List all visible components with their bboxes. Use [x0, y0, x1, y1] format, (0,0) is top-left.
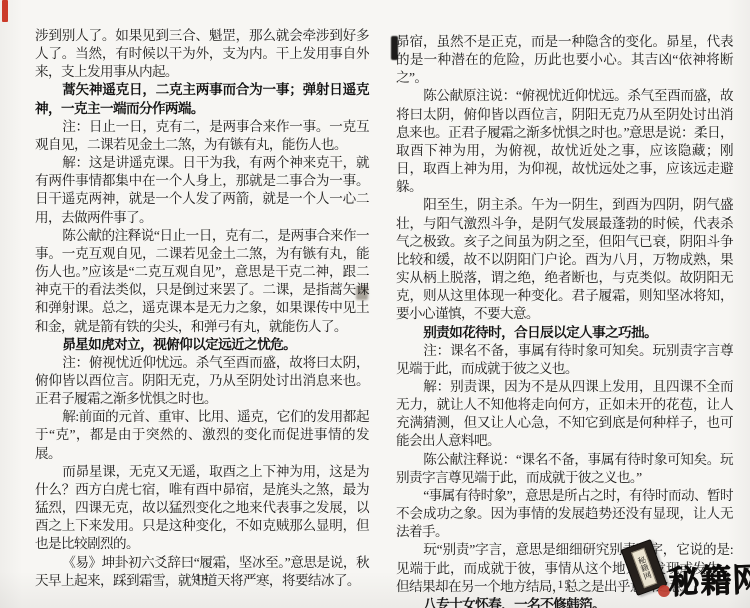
paragraph: 解：这是讲遥克课。日干为我，有两个神来克干，就有两件事情都集中在一个人身上，那就…: [35, 154, 369, 227]
page-14-number: 14: [35, 570, 369, 585]
watermark: 秘籍网 秘籍网: [610, 523, 750, 608]
page-15-text: 昴宿，虽然不是正克，而是一种隐含的变化。昴星，代表的是一种潜在的危险，历此也要小…: [396, 33, 733, 608]
paragraph: 昴星如虎对立，视俯仰以定远近之忧危。: [35, 336, 369, 354]
paragraph: 注：课名不备，事属有待时象可知矣。玩别责字言尊见端于此，而成就于彼之义也。: [396, 342, 733, 378]
scan-artifact-red-mark: [2, 0, 8, 22]
book-icon-label: 秘籍网: [631, 548, 657, 588]
paragraph: 昴宿，虽然不是正克，而是一种隐含的变化。昴星，代表的是一种潜在的危险，历此也要小…: [396, 33, 733, 87]
page-15: 昴宿，虽然不是正克，而是一种隐含的变化。昴星，代表的是一种潜在的危险，历此也要小…: [396, 33, 733, 608]
paragraph: 解:前面的元首、重审、比用、遥克，它们的发用都起于“克”，都是由于突然的、激烈的…: [35, 408, 369, 462]
watermark-site-name: 秘籍网: [667, 552, 750, 603]
paragraph: 蒿矢神遥克日，二克主两事而合为一事；弹射日遥克神，一克主一端而分作两端。: [35, 81, 369, 117]
paragraph: 陈公献的注释说“日止一日，克有二，是两事合来作一事。一克互观自见，二课若见金土二…: [35, 227, 369, 336]
paragraph: 别责如花待时，合日辰以定人事之巧拙。: [396, 324, 733, 342]
page-14-text: 涉到别人了。如果见到三合、魁罡，那么就会牵涉到好多人了。当然，有时候以干为外，支…: [35, 27, 369, 590]
paragraph: 涉到别人了。如果见到三合、魁罡，那么就会牵涉到好多人了。当然，有时候以干为外，支…: [35, 27, 369, 81]
paragraph: 陈公献注释说：“课名不备，事属有待时象可知矣。玩别责字言尊见端于此，而成就于彼之…: [396, 451, 733, 487]
paragraph: 而昴星课，无克又无遥，取酉之上下神为用，这是为什么？西方白虎七宿，唯有酉中昴宿，…: [35, 463, 369, 554]
paragraph: 注：日止一日，克有二，是两事合来作一事。一克互观自见，二课若见金土二煞，为有镞有…: [35, 118, 369, 154]
book-spread: 涉到别人了。如果见到三合、魁罡，那么就会牵涉到好多人了。当然，有时候以干为外，支…: [0, 0, 750, 608]
page-14: 涉到别人了。如果见到三合、魁罡，那么就会牵涉到好多人了。当然，有时候以干为外，支…: [35, 27, 369, 590]
paragraph: 解：别责课，因为不是从四课上发用，且四课不全而无力，就让人不知他将走向何方，正如…: [396, 378, 733, 451]
paragraph: 陈公献原注说：“俯视忧近仰忧远。杀气至酉而盛，故将曰太阴，俯仰皆以酉位言，阴阳无…: [396, 87, 733, 196]
paragraph: 阳至生，阴主杀。午为一阴生，到酉为四阴，阴气盛壮，与阳气激烈斗争，是阴气发展最蓬…: [396, 196, 733, 323]
paragraph: 注：俯视忧近仰忧远。杀气至酉而盛，故将曰太阴，俯仰皆以酉位言。阴阳无克，乃从至阴…: [35, 354, 369, 408]
